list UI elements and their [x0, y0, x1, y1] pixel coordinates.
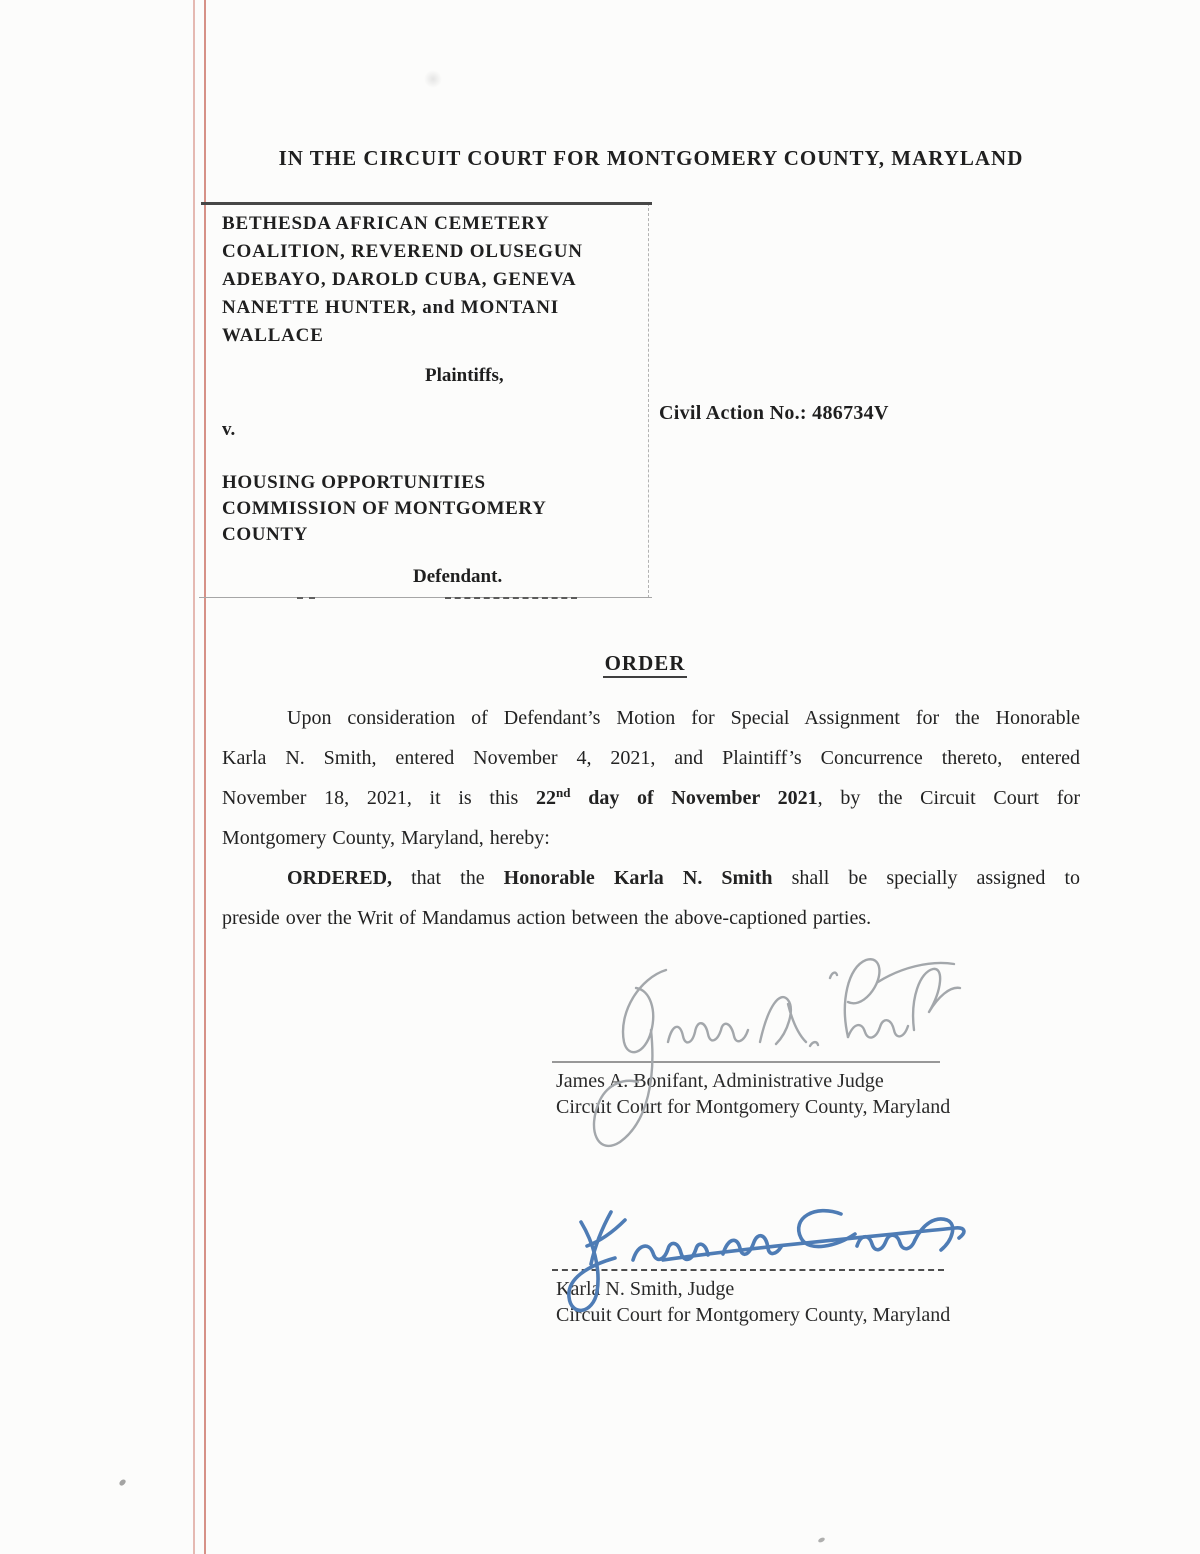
order-heading: ORDER [222, 651, 1068, 676]
signature-block-smith: Karla N. Smith, Judge Circuit Court for … [556, 1276, 950, 1328]
defendant-label: Defendant. [413, 566, 502, 588]
versus-label: v. [222, 419, 235, 441]
scan-speck [817, 1537, 825, 1544]
defendant-name-line: HOUSING OPPORTUNITIES [222, 470, 546, 496]
plaintiff-names: BETHESDA AFRICAN CEMETERY COALITION, REV… [222, 210, 583, 350]
signer-court: Circuit Court for Montgomery County, Mar… [556, 1302, 950, 1328]
court-title: IN THE CIRCUIT COURT FOR MONTGOMERY COUN… [222, 146, 1080, 171]
paragraph-line: ORDERED, that the Honorable Karla N. Smi… [222, 862, 1080, 902]
signature-line-smith [552, 1269, 944, 1271]
paragraph-line: Upon consideration of Defendant’s Motion… [222, 702, 1080, 742]
order-paragraph-1: Upon consideration of Defendant’s Motion… [222, 702, 1080, 862]
red-margin-line-outer [193, 0, 195, 1554]
bonifant-signature-ink [548, 942, 968, 1157]
civil-action-number: Civil Action No.: 486734V [659, 402, 889, 425]
ordered-word: ORDERED, [287, 867, 392, 889]
assigned-judge-name: Honorable Karla N. Smith [504, 867, 773, 889]
court-order-document: IN THE CIRCUIT COURT FOR MONTGOMERY COUN… [0, 0, 1200, 1554]
order-date-ordinal: nd [556, 785, 570, 800]
plaintiff-name-line: WALLACE [222, 322, 583, 350]
paragraph-line: preside over the Writ of Mandamus action… [222, 902, 1080, 942]
case-caption-box: BETHESDA AFRICAN CEMETERY COALITION, REV… [207, 203, 649, 598]
defendant-name-line: COUNTY [222, 522, 546, 548]
caption-box-top-border [201, 202, 652, 205]
paragraph-line: November 18, 2021, it is this 22nd day o… [222, 782, 1080, 822]
signer-court: Circuit Court for Montgomery County, Mar… [556, 1094, 950, 1120]
caption-box-bottom-dash [297, 597, 315, 599]
order-date-day: 22 [536, 787, 556, 809]
red-margin-line-inner [204, 0, 206, 1554]
plaintiff-name-line: ADEBAYO, DAROLD CUBA, GENEVA [222, 266, 583, 294]
scan-smudge [424, 70, 442, 88]
signature-block-bonifant: James A. Bonifant, Administrative Judge … [556, 1068, 950, 1120]
caption-box-bottom-border [199, 597, 652, 598]
order-heading-text: ORDER [603, 651, 688, 678]
plaintiff-name-line: COALITION, REVEREND OLUSEGUN [222, 238, 583, 266]
paragraph-line: Montgomery County, Maryland, hereby: [222, 822, 1080, 862]
defendant-name-line: COMMISSION OF MONTGOMERY [222, 496, 546, 522]
defendant-names: HOUSING OPPORTUNITIES COMMISSION OF MONT… [222, 470, 546, 548]
order-paragraph-2: ORDERED, that the Honorable Karla N. Smi… [222, 862, 1080, 942]
signer-name-title: James A. Bonifant, Administrative Judge [556, 1068, 950, 1094]
plaintiffs-label: Plaintiffs, [425, 365, 504, 387]
order-date-rest: day of November 2021 [570, 787, 817, 809]
caption-box-bottom-dash [445, 597, 577, 599]
paragraph-line: Karla N. Smith, entered November 4, 2021… [222, 742, 1080, 782]
signature-line-bonifant [552, 1061, 940, 1063]
plaintiff-name-line: BETHESDA AFRICAN CEMETERY [222, 210, 583, 238]
plaintiff-name-line: NANETTE HUNTER, and MONTANI [222, 294, 583, 322]
scan-speck [118, 1478, 126, 1487]
signer-name-title: Karla N. Smith, Judge [556, 1276, 950, 1302]
